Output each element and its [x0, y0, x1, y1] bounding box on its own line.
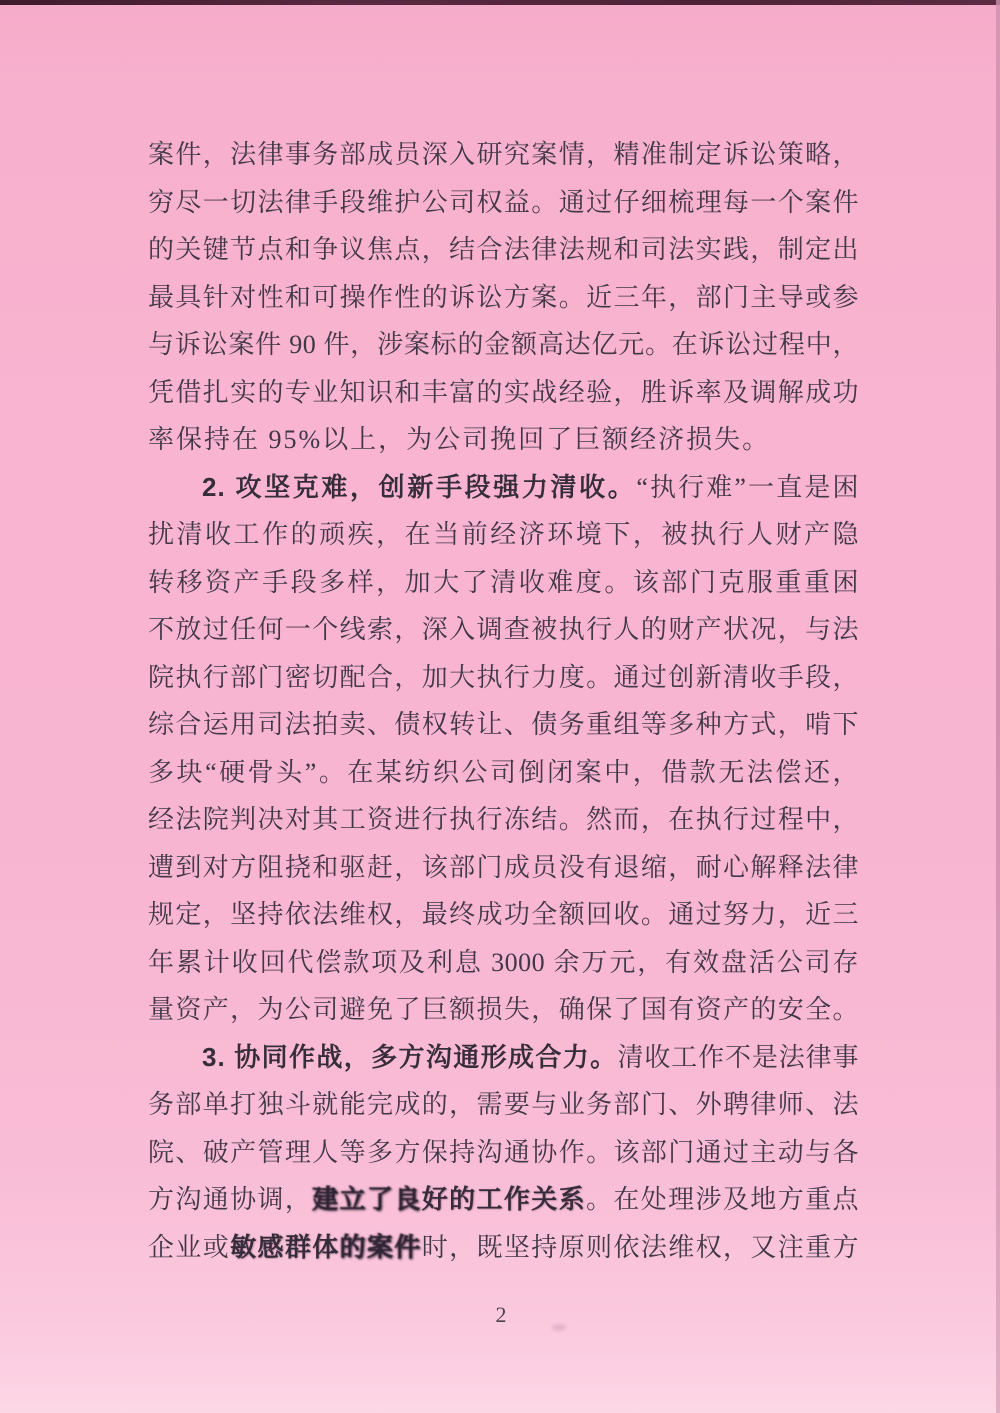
paragraph-line: 扰清收工作的顽疾，在当前经济环境下，被执行人财产隐蔽、: [148, 511, 859, 559]
paragraph-line: 转移资产手段多样，加大了清收难度。该部门克服重重困难，: [148, 559, 859, 607]
paragraph-line: 不放过任何一个线索，深入调查被执行人的财产状况，与法: [148, 606, 859, 654]
paragraph-line: 与诉讼案件 90 件，涉案标的金额高达亿元。在诉讼过程中，: [148, 321, 859, 369]
paragraph-line: 率保持在 95%以上，为公司挽回了巨额经济损失。: [148, 416, 859, 464]
ink-smudged-text: 的案件: [340, 1233, 422, 1262]
section-heading-3-line: 3. 协同作战，多方沟通形成合力。清收工作不是法律事: [148, 1034, 859, 1082]
paragraph-line: 最具针对性和可操作性的诉讼方案。近三年，部门主导或参: [148, 274, 859, 322]
paragraph-line: 规定，坚持依法维权，最终成功全额回收。通过努力，近三: [148, 891, 859, 939]
ink-smudged-text: 敏感群体: [230, 1233, 340, 1262]
scan-edge-top: [0, 0, 1000, 5]
scan-smudge-mark: [552, 1324, 566, 1331]
paragraph-line: 方沟通协调，建立了良好的工作关系。在处理涉及地方重点: [148, 1176, 859, 1224]
scanned-document-page: 案件，法律事务部成员深入研究案情，精准制定诉讼策略， 穷尽一切法律手段维护公司权…: [0, 0, 1000, 1413]
section-heading-2: 2. 攻坚克难，创新手段强力清收。: [202, 472, 636, 502]
page-number: 2: [486, 1300, 516, 1330]
scan-edge-right: [996, 0, 1000, 1413]
paragraph-line: 经法院判决对其工资进行执行冻结。然而，在执行过程中，: [148, 796, 859, 844]
paragraph-line: 的关键节点和争议焦点，结合法律法规和司法实践，制定出: [148, 226, 859, 274]
paragraph-line: 院、破产管理人等多方保持沟通协作。该部门通过主动与各: [148, 1129, 859, 1177]
ink-smudged-text: 建立了良: [312, 1185, 422, 1214]
section-heading-2-line: 2. 攻坚克难，创新手段强力清收。“执行难”一直是困: [148, 464, 859, 512]
paragraph-line: 案件，法律事务部成员深入研究案情，精准制定诉讼策略，: [148, 131, 859, 179]
paragraph-line: 企业或敏感群体的案件时，既坚持原则依法维权，又注重方: [148, 1224, 859, 1272]
paragraph-line: 多块“硬骨头”。在某纺织公司倒闭案中，借款无法偿还，: [148, 749, 859, 797]
section-heading-3: 3. 协同作战，多方沟通形成合力。: [202, 1042, 618, 1072]
paragraph-line: 年累计收回代偿款项及利息 3000 余万元，有效盘活公司存: [148, 939, 859, 987]
paragraph-line: 遭到对方阻挠和驱赶，该部门成员没有退缩，耐心解释法律: [148, 844, 859, 892]
paragraph-line: 量资产，为公司避免了巨额损失，确保了国有资产的安全。: [148, 986, 859, 1034]
paragraph-line: 穷尽一切法律手段维护公司权益。通过仔细梳理每一个案件: [148, 179, 859, 227]
paragraph-line: 凭借扎实的专业知识和丰富的实战经验，胜诉率及调解成功: [148, 369, 859, 417]
document-body: 案件，法律事务部成员深入研究案情，精准制定诉讼策略， 穷尽一切法律手段维护公司权…: [148, 131, 859, 1271]
paragraph-line: 务部单打独斗就能完成的，需要与业务部门、外聘律师、法: [148, 1081, 859, 1129]
paragraph-line: 综合运用司法拍卖、债权转让、债务重组等多种方式，啃下: [148, 701, 859, 749]
paragraph-line: 院执行部门密切配合，加大执行力度。通过创新清收手段，: [148, 654, 859, 702]
ink-smudged-text: 好的工作关系: [422, 1185, 586, 1214]
